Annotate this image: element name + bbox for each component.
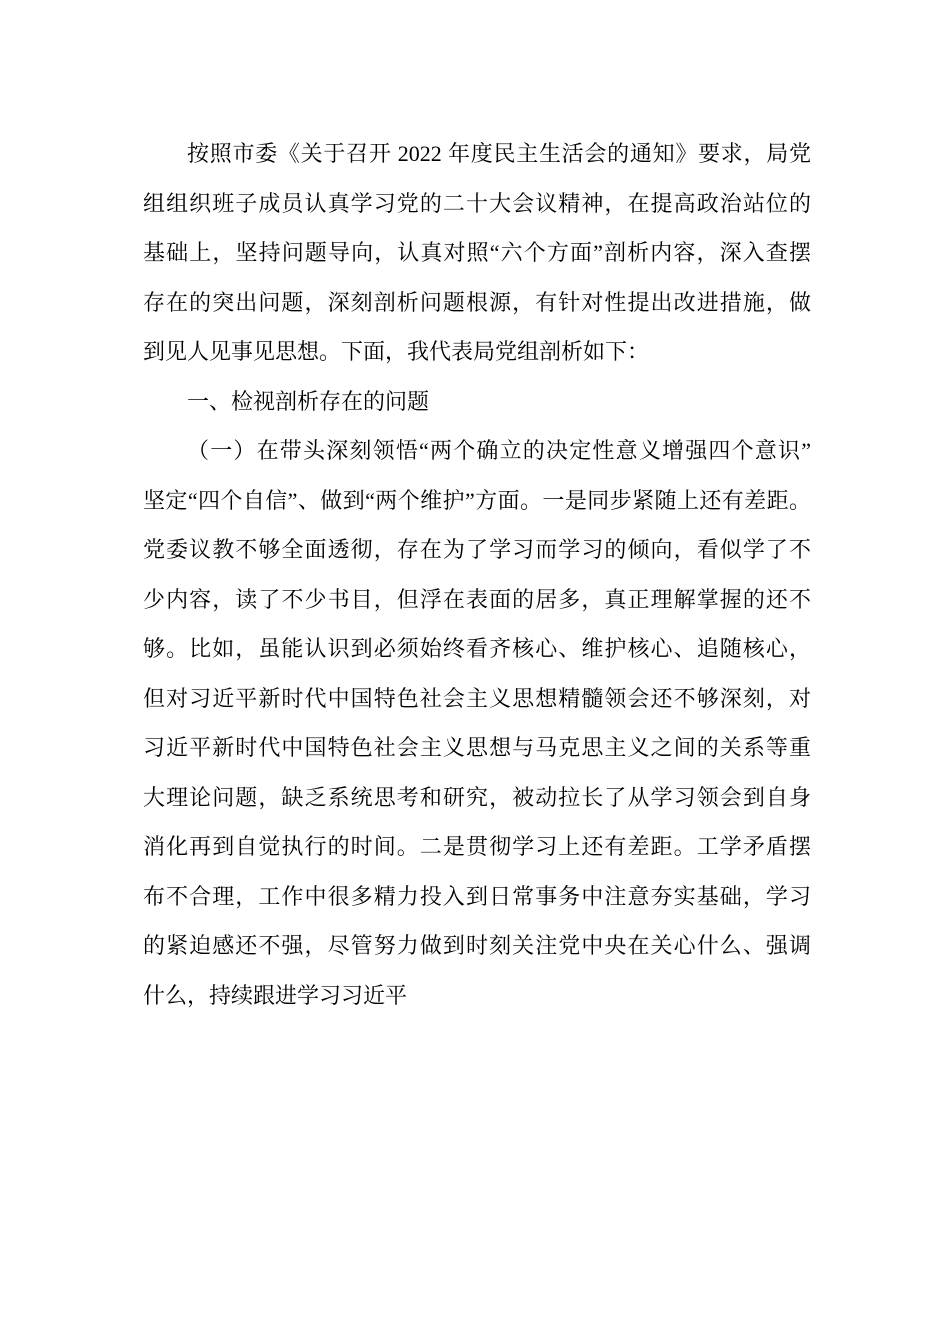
document-text-block: 按照市委《关于召开 2022 年度民主生活会的通知》要求，局党 组组织班子成员认… [143,129,811,1020]
document-text-line: 坚定“四个自信”、做到“两个维护”方面。一是同步紧随上还有差距。 [143,476,811,526]
document-text-line: 够。比如，虽能认识到必须始终看齐核心、维护核心、追随核心， [143,624,811,674]
document-text-line: 党委议教不够全面透彻，存在为了学习而学习的倾向，看似学了不 [143,525,811,575]
document-text-line: 基础上，坚持问题导向，认真对照“六个方面”剖析内容，深入查摆 [143,228,811,278]
document-text-line: 少内容，读了不少书目，但浮在表面的居多，真正理解掌握的还不 [143,575,811,625]
document-text-line: 习近平新时代中国特色社会主义思想与马克思主义之间的关系等重 [143,723,811,773]
document-text-line: 大理论问题，缺乏系统思考和研究，被动拉长了从学习领会到自身 [143,773,811,823]
document-text-line: 按照市委《关于召开 2022 年度民主生活会的通知》要求，局党 [143,129,811,179]
document-text-line: 到见人见事见思想。下面，我代表局党组剖析如下： [143,327,811,377]
document-text-line: 消化再到自觉执行的时间。二是贯彻学习上还有差距。工学矛盾摆 [143,822,811,872]
document-text-line: 布不合理，工作中很多精力投入到日常事务中注意夯实基础，学习 [143,872,811,922]
document-text-line: （一）在带头深刻领悟“两个确立的决定性意义增强四个意识” [143,426,811,476]
document-text-line: 什么，持续跟进学习习近平 [143,971,811,1021]
document-text-line: 组组织班子成员认真学习党的二十大会议精神，在提高政治站位的 [143,179,811,229]
document-text-line: 的紧迫感还不强，尽管努力做到时刻关注党中央在关心什么、强调 [143,921,811,971]
document-text-line: 存在的突出问题，深刻剖析问题根源，有针对性提出改进措施，做 [143,278,811,328]
document-text-line: 但对习近平新时代中国特色社会主义思想精髓领会还不够深刻，对 [143,674,811,724]
section-heading-line: 一、检视剖析存在的问题 [143,377,811,427]
document-page: 按照市委《关于召开 2022 年度民主生活会的通知》要求，局党 组组织班子成员认… [0,0,950,1344]
